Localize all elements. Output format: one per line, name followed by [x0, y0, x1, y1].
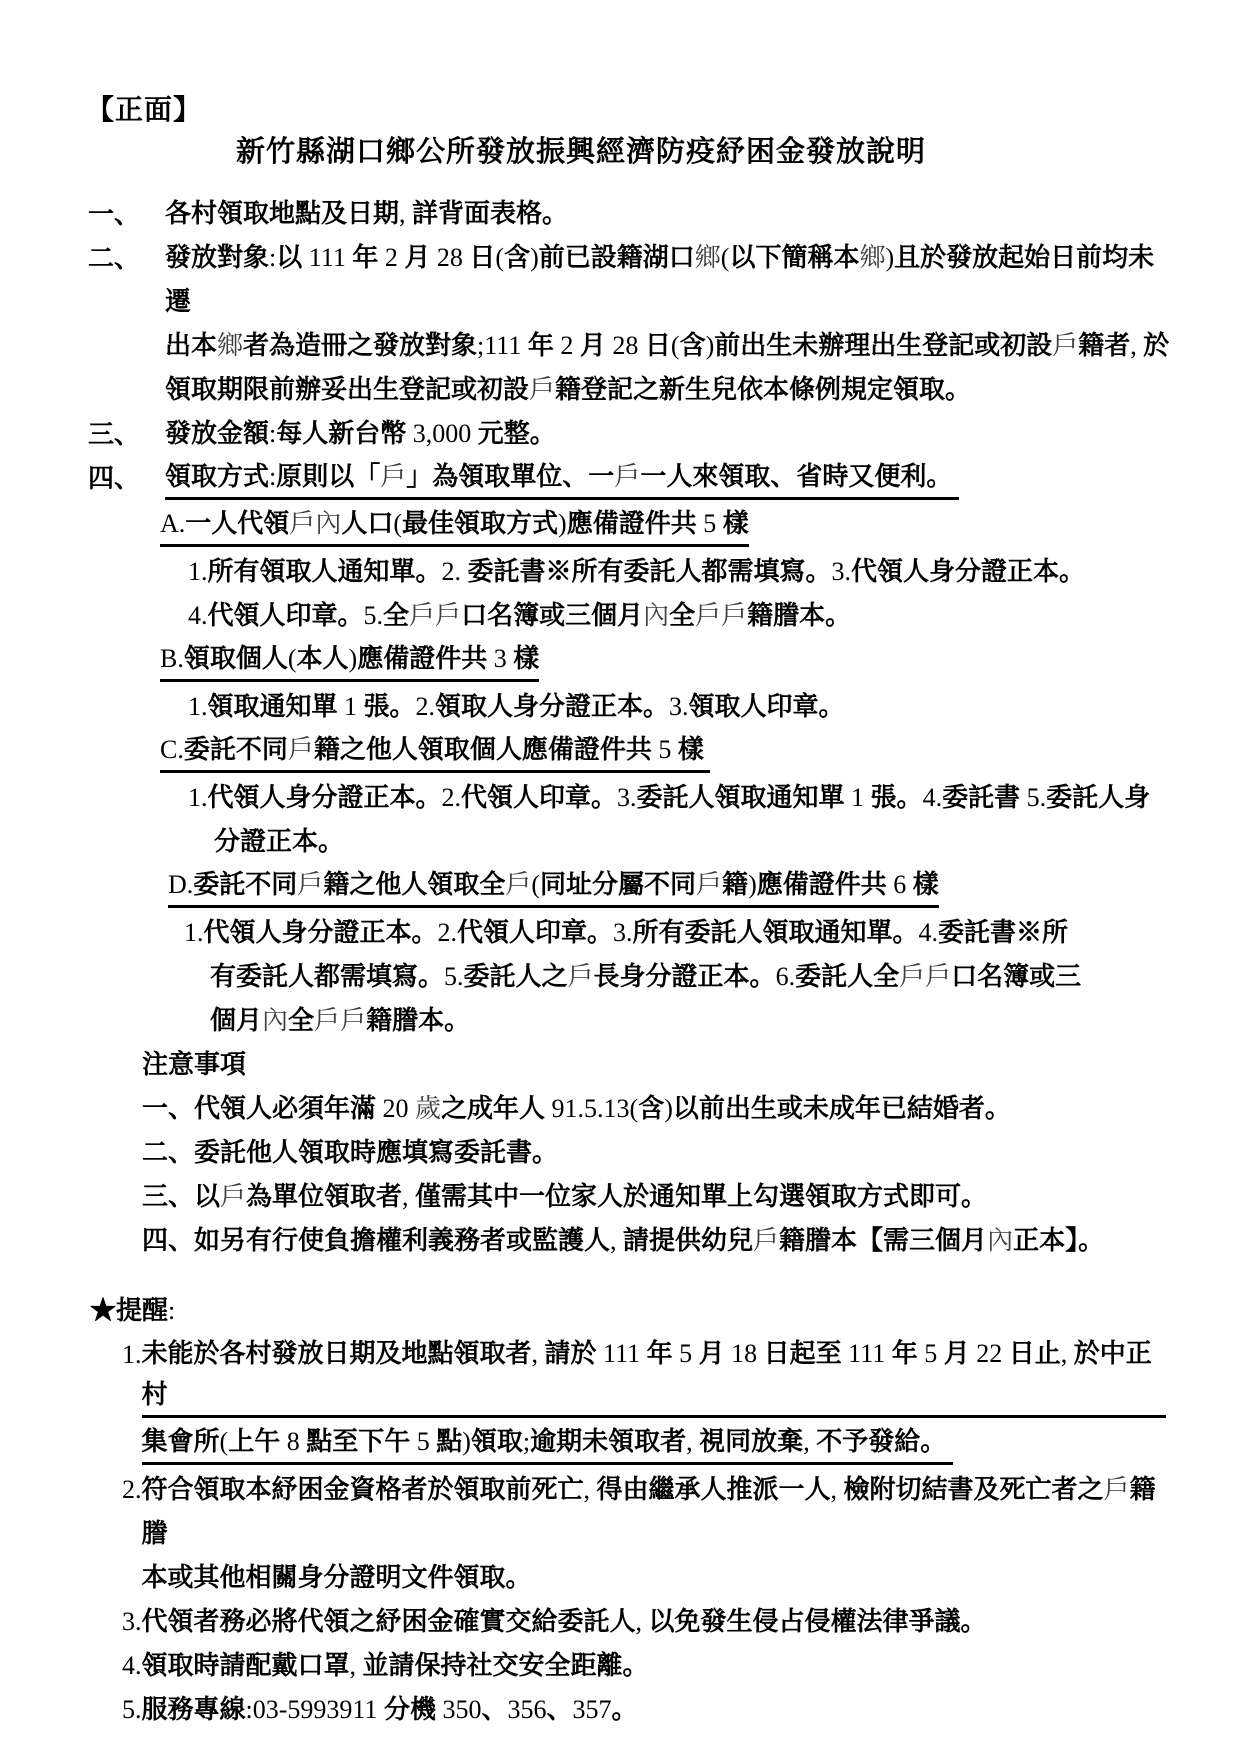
- reminder-number: 2.: [122, 1468, 142, 1600]
- note-item-3: 三、以戶為單位領取者, 僅需其中一位家人於通知單上勾選領取方式即可。: [142, 1175, 1240, 1219]
- sub-section-heading: A.一人代領戶內人口(最佳領取方式)應備證件共 5 樣: [160, 503, 1240, 547]
- sub-section-a: A.一人代領戶內人口(最佳領取方式)應備證件共 5 樣 1.所有領取人通知單。2…: [160, 503, 1240, 638]
- reminder-item-5: 5. 服務專線:03-5993911 分機 350、356、357。: [122, 1688, 1240, 1732]
- reminder-number: 1.: [122, 1333, 142, 1468]
- notes-heading: 注意事項: [142, 1043, 1240, 1087]
- reminder-text: 領取時請配戴口罩, 並請保持社交安全距離。: [142, 1644, 1166, 1688]
- side-label: 【正面】: [86, 94, 1240, 126]
- sub-section-b: B.領取個人(本人)應備證件共 3 樣 1.領取通知單 1 張。2.領取人身分證…: [160, 638, 1240, 729]
- reminder-item-2: 2. 符合領取本紓困金資格者於領取前死亡, 得由繼承人推派一人, 檢附切結書及死…: [122, 1468, 1240, 1600]
- item-text: 發放金額:每人新台幣 3,000 元整。: [165, 412, 1177, 456]
- reminder-section: ★提醒: 1. 未能於各村發放日期及地點領取者, 請於 111 年 5 月 18…: [0, 1289, 1240, 1732]
- reminder-number: 3.: [122, 1600, 142, 1644]
- note-item-1: 一、代領人必須年滿 20 歲之成年人 91.5.13(含)以前出生或未成年已結婚…: [142, 1087, 1240, 1131]
- document-page: 【正面】 新竹縣湖口鄉公所發放振興經濟防疫紓困金發放說明 一、 各村領取地點及日…: [0, 0, 1240, 1754]
- list-item-3: 三、 發放金額:每人新台幣 3,000 元整。: [88, 412, 1240, 456]
- main-list: 一、 各村領取地點及日期, 詳背面表格。 二、 發放對象:以 111 年 2 月…: [0, 192, 1240, 1263]
- note-item-4: 四、如另有行使負擔權利義務者或監護人, 請提供幼兒戶籍謄本【需三個月內正本】。: [142, 1219, 1240, 1263]
- reminder-item-4: 4. 領取時請配戴口罩, 並請保持社交安全距離。: [122, 1644, 1240, 1688]
- sub-section-heading: D.委託不同戶籍之他人領取全戶(同址分屬不同戶籍)應備證件共 6 樣: [168, 864, 1240, 908]
- reminder-number: 5.: [122, 1688, 142, 1732]
- reminder-text: 符合領取本紓困金資格者於領取前死亡, 得由繼承人推派一人, 檢附切結書及死亡者之…: [142, 1468, 1166, 1600]
- sub-section-details: 1.代領人身分證正本。2.代領人印章。3.所有委託人領取通知單。4.委託書※所 …: [184, 911, 1240, 1043]
- sub-section-details: 1.領取通知單 1 張。2.領取人身分證正本。3.領取人印章。: [188, 685, 1240, 729]
- sub-section-d: D.委託不同戶籍之他人領取全戶(同址分屬不同戶籍)應備證件共 6 樣 1.代領人…: [168, 864, 1240, 1043]
- item-text: 發放對象:以 111 年 2 月 28 日(含)前已設籍湖口鄉(以下簡稱本鄉)且…: [165, 236, 1177, 412]
- sub-section-heading: B.領取個人(本人)應備證件共 3 樣: [160, 638, 1240, 682]
- reminder-item-1: 1. 未能於各村發放日期及地點領取者, 請於 111 年 5 月 18 日起至 …: [122, 1333, 1240, 1468]
- reminder-text: 代領者務必將代領之紓困金確實交給委託人, 以免發生侵占侵權法律爭議。: [142, 1600, 1166, 1644]
- item-text: 領取方式:原則以「戶」為領取單位、一戶一人來領取、省時又便利。: [165, 456, 1177, 503]
- note-item-2: 二、委託他人領取時應填寫委託書。: [142, 1131, 1240, 1175]
- reminder-text: 服務專線:03-5993911 分機 350、356、357。: [142, 1688, 1166, 1732]
- item-number: 二、: [88, 236, 165, 412]
- item-number: 一、: [88, 192, 165, 236]
- reminder-heading: ★提醒:: [90, 1289, 1240, 1333]
- reminder-item-3: 3. 代領者務必將代領之紓困金確實交給委託人, 以免發生侵占侵權法律爭議。: [122, 1600, 1240, 1644]
- sub-section-details: 1.所有領取人通知單。2. 委託書※所有委託人都需填寫。3.代領人身分證正本。4…: [188, 550, 1240, 638]
- sub-section-heading: C.委託不同戶籍之他人領取個人應備證件共 5 樣: [160, 729, 1240, 773]
- sub-section-details: 1.代領人身分證正本。2.代領人印章。3.委託人領取通知單 1 張。4.委託書 …: [188, 776, 1240, 864]
- list-item-2: 二、 發放對象:以 111 年 2 月 28 日(含)前已設籍湖口鄉(以下簡稱本…: [88, 236, 1240, 412]
- reminder-text: 未能於各村發放日期及地點領取者, 請於 111 年 5 月 18 日起至 111…: [142, 1333, 1166, 1468]
- reminder-number: 4.: [122, 1644, 142, 1688]
- list-item-1: 一、 各村領取地點及日期, 詳背面表格。: [88, 192, 1240, 236]
- item-number: 四、: [88, 456, 165, 503]
- item-text: 各村領取地點及日期, 詳背面表格。: [165, 192, 1177, 236]
- item-number: 三、: [88, 412, 165, 456]
- list-item-4: 四、 領取方式:原則以「戶」為領取單位、一戶一人來領取、省時又便利。: [88, 456, 1240, 503]
- page-title: 新竹縣湖口鄉公所發放振興經濟防疫紓困金發放說明: [236, 134, 1240, 170]
- sub-section-c: C.委託不同戶籍之他人領取個人應備證件共 5 樣 1.代領人身分證正本。2.代領…: [160, 729, 1240, 864]
